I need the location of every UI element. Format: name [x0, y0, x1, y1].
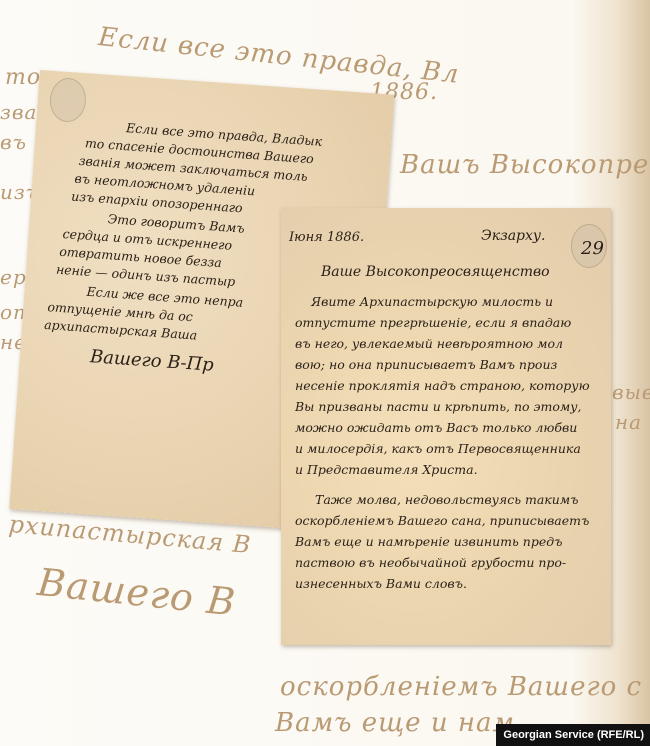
letter-body-line: оскорбленіемъ Вашего сана, приписываетъ: [295, 513, 589, 528]
letter-body-line: въ него, увлекаемый невѣроятною мол: [295, 336, 563, 351]
letter-body-line: отпустите прегрѣшеніе, если я впадаю: [295, 315, 571, 330]
front-letter-sheet: Іюня 1886. Экзарху. 29 Ваше Высокопреосв…: [281, 208, 611, 645]
page-number: 29: [581, 238, 604, 259]
letter-body-line: изнесенныхъ Вами словъ.: [295, 576, 467, 591]
letter-body-line: вою; но она приписываетъ Вамъ произ: [295, 357, 557, 372]
background-handwriting-line: оскорбленіемъ Вашего с: [280, 672, 642, 702]
embossed-seal-icon: [48, 77, 87, 123]
background-handwriting-line: то: [5, 65, 41, 90]
letter-date: Іюня 1886.: [289, 230, 364, 245]
letter-salutation: Ваше Высокопреосвященство: [321, 264, 550, 280]
letter-body-line: можно ожидать отъ Васъ только любви: [295, 420, 577, 435]
background-handwriting-line: Вамъ еще и нам: [275, 708, 515, 738]
letter-body-line: и милосердія, какъ отъ Первосвященника: [295, 441, 581, 456]
back-letter-signature: Вашего В-Пр: [89, 346, 214, 376]
letter-body-line: Вы призваны пасти и крѣпить, по этому,: [295, 399, 582, 414]
photo-credit: Georgian Service (RFE/RL): [496, 724, 650, 746]
letter-body-line: Вамъ еще и намѣреніе извинить предъ: [295, 534, 563, 549]
background-handwriting-line: выв: [612, 380, 650, 404]
background-handwriting-line: Вашъ Высокопреос: [400, 150, 650, 180]
letter-body-line: Таже молва, недовольствуясь такимъ: [315, 492, 579, 507]
letter-addressee: Экзарху.: [481, 228, 545, 244]
letter-body-line: несеніе проклятія надъ страною, которую: [295, 378, 590, 393]
background-handwriting-line: на: [615, 410, 642, 434]
letter-body-line: и Представителя Христа.: [295, 462, 478, 477]
letter-body-line: паствою въ необычайной грубости про-: [295, 555, 566, 570]
letter-body-line: Явите Архипастырскую милость и: [311, 294, 553, 309]
